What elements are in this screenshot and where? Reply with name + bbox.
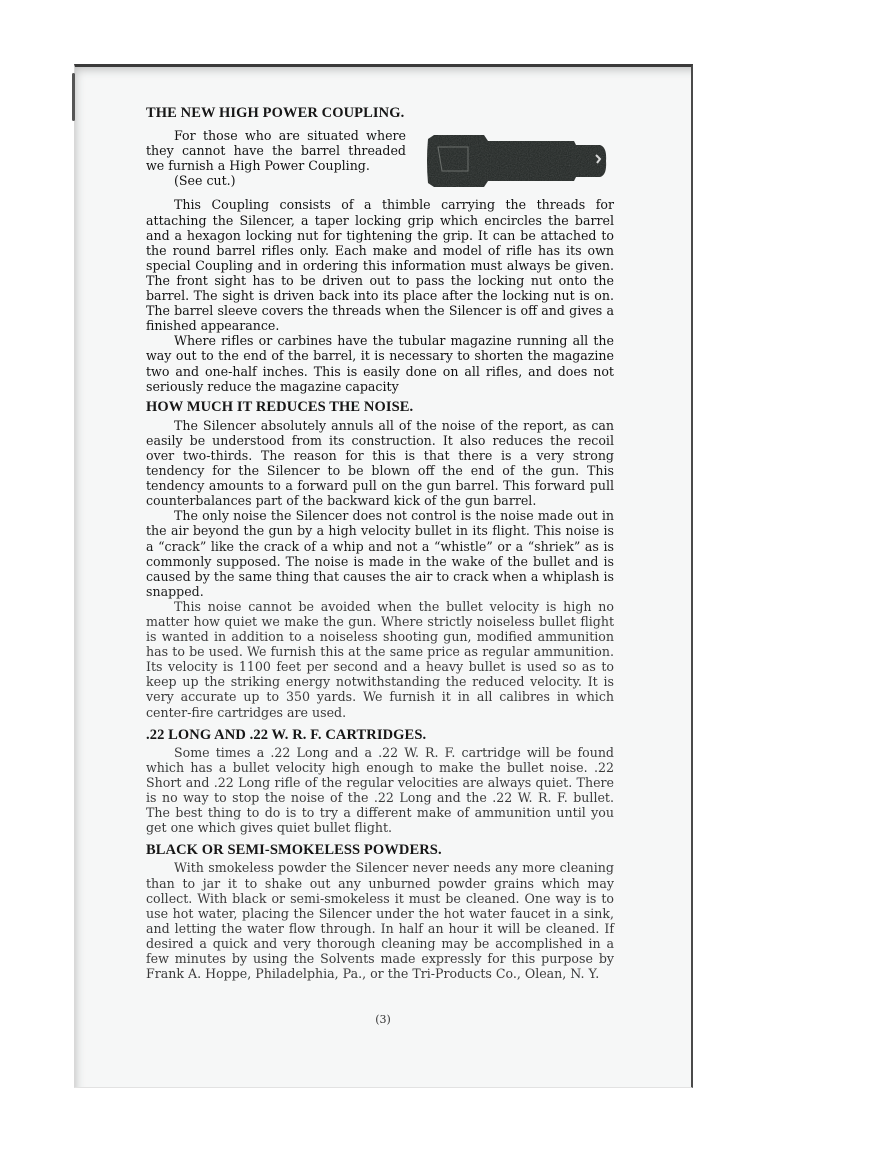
- scanned-page: THE NEW HIGH POWER COUPLING. For those w…: [74, 64, 693, 1088]
- paragraph: Some times a .22 Long and a .22 W. R. F.…: [146, 745, 614, 836]
- coupling-icon: [424, 131, 610, 191]
- see-cut-note: (See cut.): [146, 173, 406, 188]
- heading-black-semi-smokeless: BLACK OR SEMI-SMOKELESS POWDERS.: [146, 843, 614, 858]
- coupling-lead-text: For those who are situated where they ca…: [146, 128, 406, 173]
- paragraph: With smokeless powder the Silencer never…: [146, 860, 614, 981]
- coupling-illustration-image: [424, 131, 610, 191]
- paragraph: The only noise the Silencer does not con…: [146, 508, 614, 599]
- coupling-lead: For those who are situated where they ca…: [146, 128, 406, 188]
- paragraph: The Silencer absolutely annuls all of th…: [146, 418, 614, 509]
- paragraph: This noise cannot be avoided when the bu…: [146, 599, 614, 720]
- heading-how-much-it-reduces: HOW MUCH IT REDUCES THE NOISE.: [146, 400, 614, 415]
- text-column: THE NEW HIGH POWER COUPLING. For those w…: [146, 67, 614, 981]
- page-number: (3): [75, 1013, 691, 1026]
- heading-new-high-power-coupling: THE NEW HIGH POWER COUPLING.: [146, 106, 614, 121]
- paragraph: This Coupling consists of a thimble carr…: [146, 197, 614, 333]
- paragraph: Where rifles or carbines have the tubula…: [146, 333, 614, 393]
- heading-22-long-cartridges: .22 LONG AND .22 W. R. F. CARTRIDGES.: [146, 728, 614, 743]
